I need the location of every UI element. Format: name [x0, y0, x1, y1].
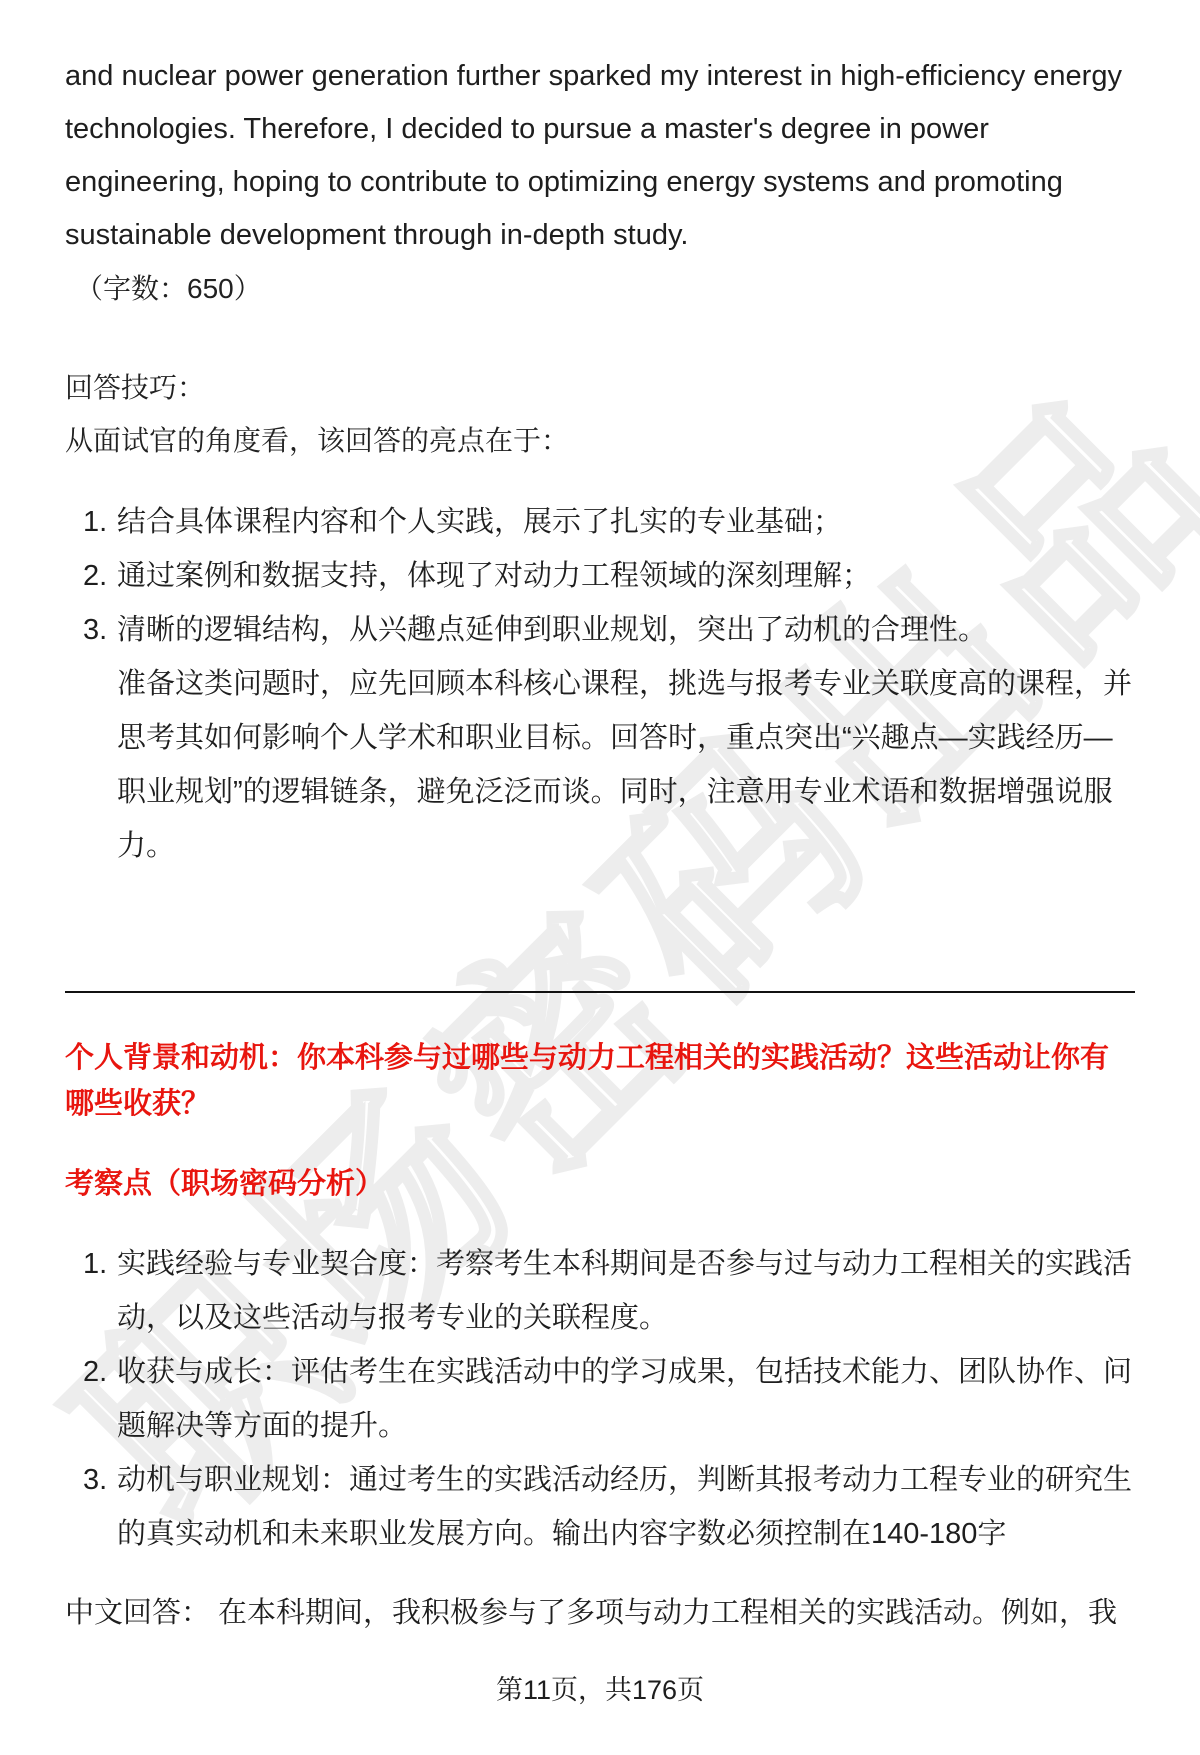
tips-list-item: 2. 通过案例和数据支持，体现了对动力工程领域的深刻理解；	[65, 549, 1135, 603]
list-item-text: 收获与成长：评估考生在实践活动中的学习成果，包括技术能力、团队协作、问题解决等方…	[117, 1345, 1135, 1453]
section-divider	[65, 991, 1135, 993]
list-item-number: 2.	[65, 1345, 117, 1453]
question-heading: 个人背景和动机：你本科参与过哪些与动力工程相关的实践活动？这些活动让你有哪些收获…	[65, 1035, 1135, 1127]
list-item-number: 2.	[65, 549, 117, 603]
english-answer-paragraph: and nuclear power generation further spa…	[65, 50, 1135, 262]
list-item-text: 清晰的逻辑结构，从兴趣点延伸到职业规划，突出了动机的合理性。	[117, 603, 1135, 657]
list-item-number: 1.	[65, 1237, 117, 1345]
answer-tips-heading: 回答技巧：	[65, 361, 1135, 414]
exam-points-list: 1. 实践经验与专业契合度：考察考生本科期间是否参与过与动力工程相关的实践活动，…	[65, 1237, 1135, 1561]
list-item-text: 实践经验与专业契合度：考察考生本科期间是否参与过与动力工程相关的实践活动，以及这…	[117, 1237, 1135, 1345]
list-item-body: 清晰的逻辑结构，从兴趣点延伸到职业规划，突出了动机的合理性。 准备这类问题时，应…	[117, 603, 1135, 873]
answer-tips-list: 1. 结合具体课程内容和个人实践，展示了扎实的专业基础； 2. 通过案例和数据支…	[65, 495, 1135, 873]
exam-point-item: 2. 收获与成长：评估考生在实践活动中的学习成果，包括技术能力、团队协作、问题解…	[65, 1345, 1135, 1453]
tips-list-item: 1. 结合具体课程内容和个人实践，展示了扎实的专业基础；	[65, 495, 1135, 549]
list-item-text: 动机与职业规划：通过考生的实践活动经历，判断其报考动力工程专业的研究生的真实动机…	[117, 1453, 1135, 1561]
answer-tips-intro: 从面试官的角度看，该回答的亮点在于：	[65, 414, 1135, 467]
list-item-text: 通过案例和数据支持，体现了对动力工程领域的深刻理解；	[117, 549, 1135, 603]
list-item-number: 1.	[65, 495, 117, 549]
tips-list-item: 3. 清晰的逻辑结构，从兴趣点延伸到职业规划，突出了动机的合理性。 准备这类问题…	[65, 603, 1135, 873]
exam-points-heading: 考察点（职场密码分析）	[65, 1161, 1135, 1207]
list-item-number: 3.	[65, 603, 117, 873]
list-item-number: 3.	[65, 1453, 117, 1561]
list-item-note: 准备这类问题时，应先回顾本科核心课程，挑选与报考专业关联度高的课程，并思考其如何…	[117, 657, 1135, 873]
list-item-text: 结合具体课程内容和个人实践，展示了扎实的专业基础；	[117, 495, 1135, 549]
page-footer: 第11页，共176页	[65, 1669, 1135, 1711]
chinese-answer-paragraph: 中文回答： 在本科期间，我积极参与了多项与动力工程相关的实践活动。例如，我	[65, 1587, 1135, 1640]
exam-point-item: 3. 动机与职业规划：通过考生的实践活动经历，判断其报考动力工程专业的研究生的真…	[65, 1453, 1135, 1561]
document-page: and nuclear power generation further spa…	[0, 0, 1200, 1711]
word-count: （字数：650）	[65, 262, 1135, 315]
exam-point-item: 1. 实践经验与专业契合度：考察考生本科期间是否参与过与动力工程相关的实践活动，…	[65, 1237, 1135, 1345]
